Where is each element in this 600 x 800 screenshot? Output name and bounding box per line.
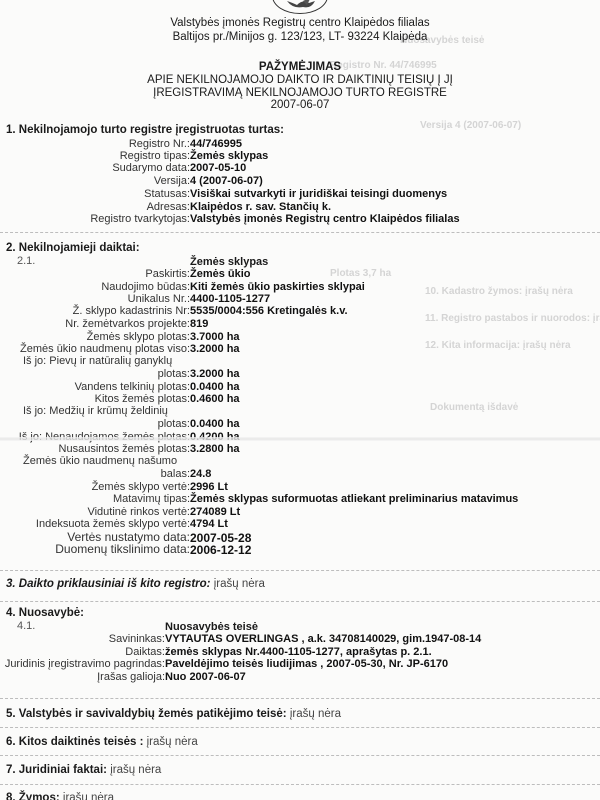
field-label: Indeksuota žemės sklypo vertė:: [36, 518, 190, 530]
section-8-value: įrašų nėra: [63, 792, 114, 800]
document-subtitle-line1: APIE NEKILNOJAMOJO DAIKTO IR DAIKTINIŲ T…: [0, 74, 600, 87]
field-value: Klaipėdos r. sav. Stančių k.: [190, 201, 331, 213]
field-label: Juridinis įregistravimo pagrindas:: [5, 658, 165, 670]
field-value: 3.2800 ha: [190, 443, 240, 455]
paper-crease: [0, 437, 600, 441]
section-4-item-title: Nuosavybės teisė: [165, 621, 258, 633]
field-value: Visiškai sutvarkyti ir juridiškai teisin…: [190, 188, 447, 200]
section-8-heading: 8. Žymos:: [6, 792, 60, 800]
field-label: Daiktas:: [125, 646, 165, 658]
field-value: 3.2000 ha: [190, 343, 240, 355]
document-date: 2007-06-07: [0, 99, 600, 112]
field-value: 2996 Lt: [190, 481, 228, 493]
field-label-prefix: Iš jo: Pievų ir natūralių ganyklų: [23, 355, 172, 367]
field-label: Naudojimo būdas:: [101, 281, 190, 293]
field-value: Žemės ūkio: [190, 268, 251, 280]
field-label: Įrašas galioja:: [97, 671, 165, 683]
field-value: 4 (2007-06-07): [190, 175, 263, 187]
field-value: Nuo 2007-06-07: [165, 671, 246, 683]
bleed-through-text: 10. Kadastro žymos: įrašų nėra: [425, 286, 573, 297]
section-8: 8. Žymos: įrašų nėra: [6, 792, 114, 800]
section-3-heading: 3. Daikto priklausiniai iš kito registro…: [6, 578, 211, 590]
field-value: 0.4600 ha: [190, 393, 240, 405]
bleed-through-text: 11. Registro pastabos ir nuorodos: įrašų…: [425, 313, 600, 324]
section-6-heading: 6. Kitos daiktinės teisės :: [6, 736, 143, 748]
field-value: VYTAUTAS OVERLINGAS , a.k. 34708140029, …: [165, 633, 481, 645]
field-value: 819: [190, 318, 208, 330]
section-5: 5. Valstybės ir savivaldybių žemės patik…: [6, 708, 341, 720]
section-3-value: įrašų nėra: [214, 578, 265, 590]
field-value: Kiti žemės ūkio paskirties sklypai: [190, 281, 365, 293]
field-value: 2007-05-10: [190, 162, 246, 174]
field-label: plotas:: [158, 418, 190, 430]
field-value: žemės sklypas Nr.4400-1105-1277, aprašyt…: [165, 646, 432, 658]
field-value: Žemės sklypas suformuotas atliekant prel…: [190, 493, 518, 505]
section-1-heading: 1. Nekilnojamojo turto registre įregistr…: [6, 124, 284, 136]
section-3: 3. Daikto priklausiniai iš kito registro…: [6, 578, 265, 590]
field-value: Žemės sklypas: [190, 150, 268, 162]
field-value: 4794 Lt: [190, 518, 228, 530]
section-5-value: įrašų nėra: [290, 708, 341, 720]
field-value: 0.0400 ha: [190, 418, 240, 430]
field-value: 274089 Lt: [190, 506, 240, 518]
bleed-through-text: 12. Kita informacija: įrašų nėra: [425, 340, 571, 351]
field-value: 0.0400 ha: [190, 381, 240, 393]
field-value: 24.8: [190, 468, 211, 480]
org-name: Valstybės įmonės Registrų centro Klaipėd…: [0, 16, 600, 30]
divider: [0, 698, 600, 699]
document-title: PAŽYMĖJIMAS: [0, 61, 600, 74]
section-6: 6. Kitos daiktinės teisės : įrašų nėra: [6, 736, 198, 748]
divider: [0, 755, 600, 756]
bleed-through-text: Dokumentą išdavė: [430, 402, 518, 413]
field-value: 4400-1105-1277: [190, 293, 270, 305]
field-label: Paskirtis:: [145, 268, 190, 280]
field-label: balas:: [161, 468, 190, 480]
field-label: Žemės sklypo plotas:: [87, 331, 190, 343]
bleed-through-text: Plotas 3,7 ha: [330, 268, 391, 279]
field-value: Paveldėjimo teisės liudijimas , 2007-05-…: [165, 658, 448, 670]
section-6-value: įrašų nėra: [147, 736, 198, 748]
field-label: plotas:: [158, 368, 190, 380]
field-label: Žemės ūkio naudmenų plotas viso:: [20, 343, 190, 355]
section-4-heading: 4. Nuosavybė:: [6, 607, 84, 619]
field-label: Vandens telkinių plotas:: [75, 381, 190, 393]
divider: [0, 601, 600, 602]
bleed-through-text: Versija 4 (2007-06-07): [420, 120, 521, 131]
field-label: Unikalus Nr.:: [128, 293, 190, 305]
divider: [0, 232, 600, 233]
divider: [0, 570, 600, 571]
field-value: 3.7000 ha: [190, 331, 240, 343]
field-label: Kitos žemės plotas:: [95, 393, 190, 405]
field-value: Valstybės įmonės Registrų centro Klaipėd…: [190, 213, 460, 225]
field-value: 5535/0004:556 Kretingalės k.v.: [190, 305, 348, 317]
section-2-heading: 2. Nekilnojamieji daiktai:: [6, 242, 140, 254]
section-2-item-number: 2.1.: [17, 255, 35, 267]
field-label-prefix: Iš jo: Medžių ir krūmų želdinių: [23, 405, 168, 417]
section-4-item-number: 4.1.: [17, 620, 35, 632]
field-label: Versija:: [154, 175, 190, 187]
divider: [0, 727, 600, 728]
field-value: 2006-12-12: [190, 543, 251, 557]
section-7-value: įrašų nėra: [110, 764, 161, 776]
field-label: Žemės sklypo vertė:: [92, 481, 190, 493]
divider: [0, 784, 600, 785]
certificate-page: Nuosavybės teisė Registro Nr. 44/746995 …: [0, 0, 600, 800]
coat-of-arms-emblem-icon: [272, 0, 328, 14]
field-label: Adresas:: [147, 201, 190, 213]
field-label: Statusas:: [144, 188, 190, 200]
field-label: Registro tvarkytojas:: [90, 213, 190, 225]
org-address: Baltijos pr./Minijos g. 123/123, LT- 932…: [0, 30, 600, 44]
section-7: 7. Juridiniai faktai: įrašų nėra: [6, 764, 161, 776]
field-label: Registro Nr.:: [129, 138, 190, 150]
field-label: Savininkas:: [109, 633, 165, 645]
section-7-heading: 7. Juridiniai faktai:: [6, 764, 107, 776]
field-label: Nr. žemėtvarkos projekte:: [65, 318, 190, 330]
field-value: 3.2000 ha: [190, 368, 240, 380]
field-label: Matavimų tipas:: [113, 493, 190, 505]
field-value: 44/746995: [190, 138, 242, 150]
field-label: Registro tipas:: [120, 150, 190, 162]
field-label: Sudarymo data:: [112, 162, 190, 174]
field-label: Vidutinė rinkos vertė:: [87, 506, 190, 518]
field-label: Nusausintos žemės plotas:: [59, 443, 190, 455]
field-label: Duomenų tikslinimo data:: [55, 543, 190, 555]
field-label: Ž. sklypo kadastrinis Nr:: [73, 305, 190, 317]
section-2-item-title: Žemės sklypas: [190, 256, 268, 268]
field-label-prefix: Žemės ūkio naudmenų našumo: [23, 455, 177, 467]
section-5-heading: 5. Valstybės ir savivaldybių žemės patik…: [6, 708, 287, 720]
